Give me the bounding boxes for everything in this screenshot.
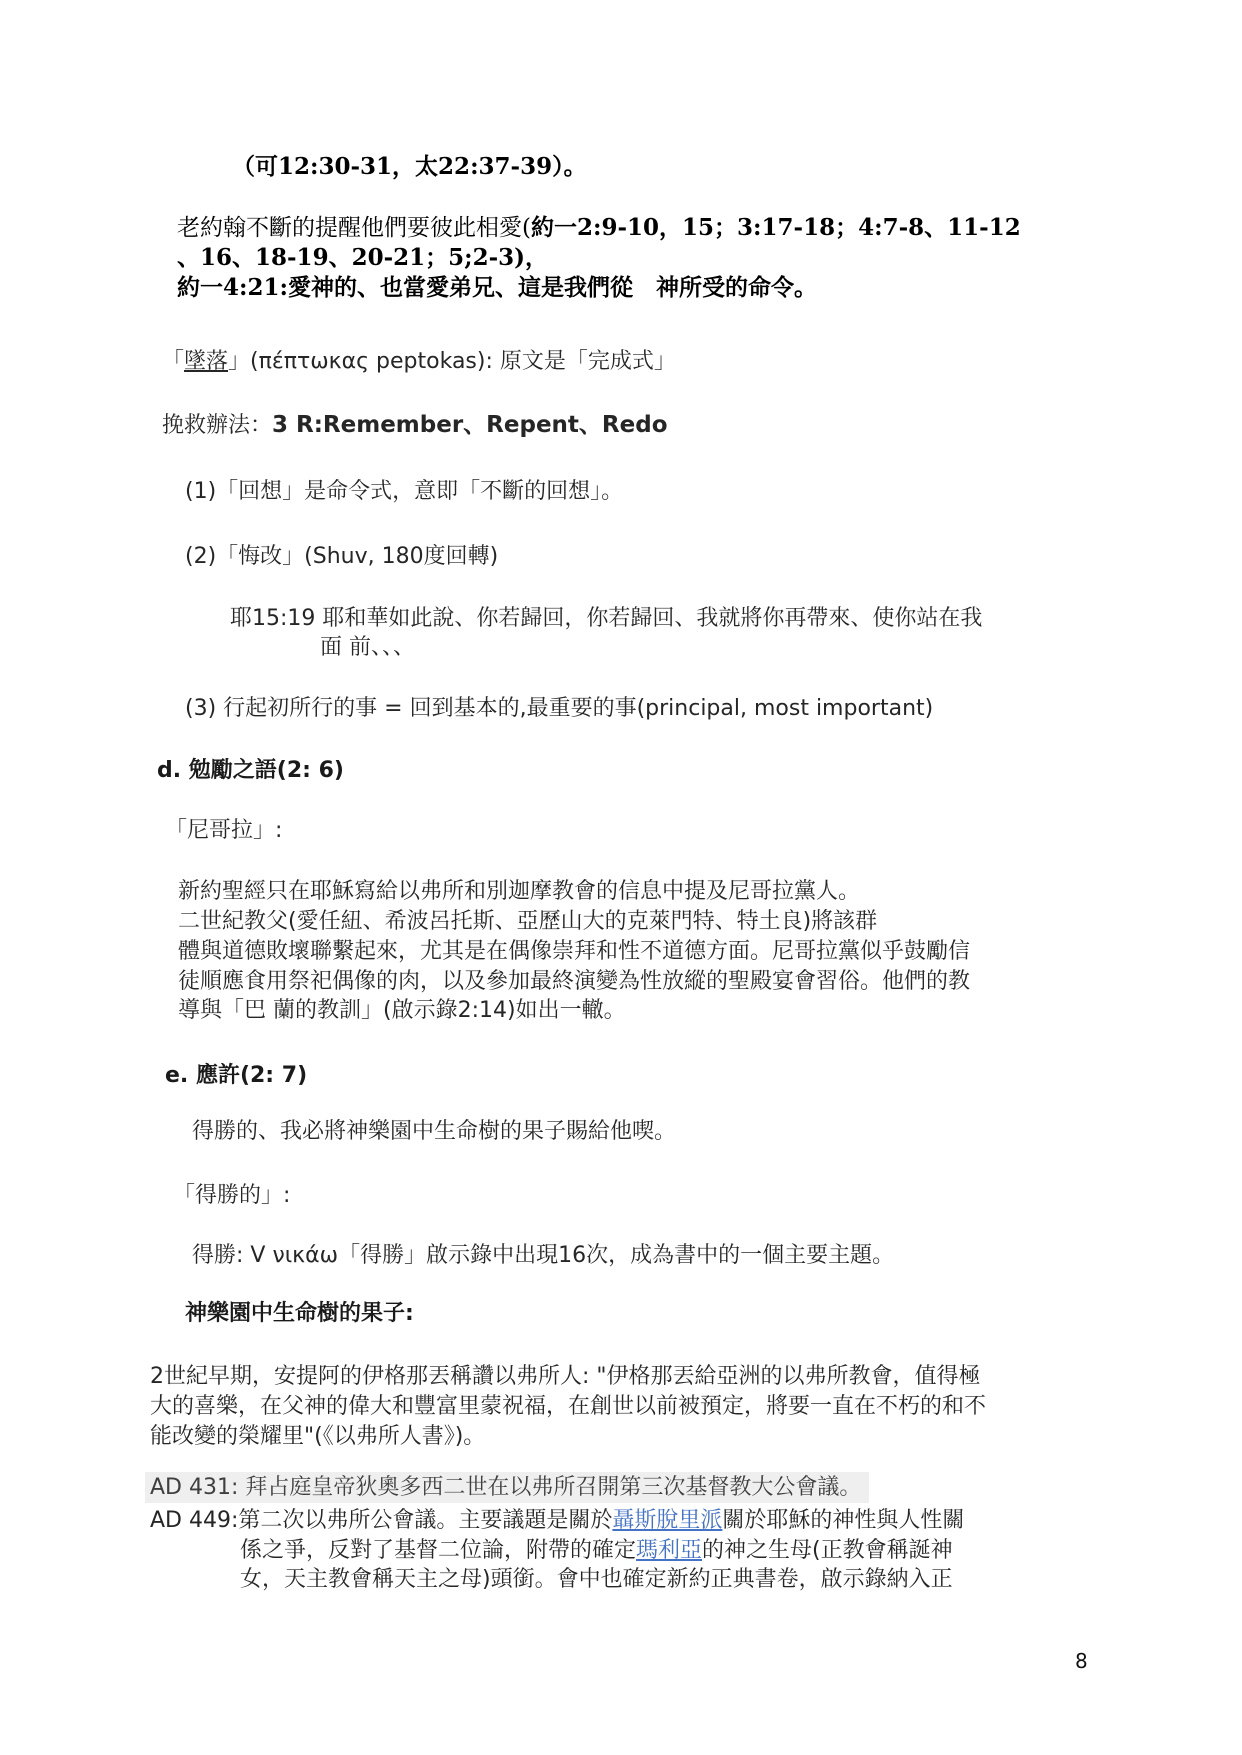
nicolaitans-paragraph-line: 體與道德敗壞聯繫起來，尤其是在偶像崇拜和性不道德方面。尼哥拉黨似乎鼓勵信 bbox=[178, 937, 970, 967]
ad449-council-line1: AD 449:第二次以弗所公會議。主要議題是關於聶斯脫里派關於耶穌的神性與人性關 bbox=[150, 1506, 964, 1536]
fallen-greek-note: 」(πέπτωκας peptokas): 原文是「完成式」 bbox=[228, 349, 676, 374]
remedy-label: 挽救辦法： bbox=[162, 413, 272, 438]
heading-e-promise: e. 應許(2: 7) bbox=[165, 1061, 307, 1091]
remedy-line: 挽救辦法：3 R:Remember、Repent、Redo bbox=[162, 410, 668, 441]
ignatius-paragraph-line: 2世紀早期，安提阿的伊格那丟稱讚以弗所人: "伊格那丟給亞洲的以弗所教會，值得極 bbox=[150, 1362, 981, 1392]
fallen-word: 墜落 bbox=[184, 349, 228, 374]
nicolaitans-paragraph-line: 導與「巴 蘭的教訓」(啟示錄2:14)如出一轍。 bbox=[178, 996, 626, 1026]
tree-of-life-heading: 神樂園中生命樹的果子: bbox=[185, 1299, 414, 1329]
fallen-open-bracket: 「 bbox=[162, 349, 184, 374]
point-2-repent: (2)「悔改」(Shuv, 180度回轉) bbox=[185, 542, 498, 572]
ad449-council-line3: 女，天主教會稱天主之母)頭銜。會中也確定新約正典書卷，啟示錄納入正 bbox=[240, 1565, 953, 1595]
nicolaitans-paragraph-line: 徒順應食用祭祀偶像的肉，以及參加最終演變為性放縱的聖殿宴會習俗。他們的教 bbox=[178, 967, 970, 997]
nestorian-link[interactable]: 聶斯脫里派 bbox=[612, 1508, 722, 1533]
remedy-three-r: 3 R:Remember、Repent、Redo bbox=[272, 412, 667, 438]
fallen-term-line: 「墜落」(πέπτωκας peptokas): 原文是「完成式」 bbox=[162, 347, 676, 377]
nicolaitans-label: 「尼哥拉」: bbox=[165, 816, 282, 846]
love-reminder-line1: 老約翰不斷的提醒他們要彼此相愛(約一2:9-10，15；3:17-18；4:7-… bbox=[177, 213, 1021, 243]
jeremiah-15-19-line2: 面 前、、、 bbox=[320, 633, 415, 663]
jeremiah-15-19-line1: 耶15:19 耶和華如此說、你若歸回，你若歸回、我就將你再帶來、使你站在我 bbox=[230, 604, 982, 634]
love-reminder-intro: 老約翰不斷的提醒他們要彼此相愛( bbox=[177, 215, 531, 241]
ad449-text-post: 關於耶穌的神性與人性關 bbox=[722, 1508, 964, 1533]
ad449-line2-post: 的神之生母(正教會稱誕神 bbox=[702, 1538, 953, 1563]
promise-quote: 得勝的、我必將神樂園中生命樹的果子賜給他喫。 bbox=[192, 1117, 676, 1147]
ad431-council-line: AD 431: 拜占庭皇帝狄奧多西二世在以弗所召開第三次基督教大公會議。 bbox=[145, 1473, 869, 1503]
page-number: 8 bbox=[1075, 1646, 1088, 1676]
mary-link[interactable]: 瑪利亞 bbox=[636, 1538, 702, 1563]
ad431-highlighted-text: AD 431: 拜占庭皇帝狄奧多西二世在以弗所召開第三次基督教大公會議。 bbox=[145, 1472, 869, 1503]
nicolaitans-paragraph-line: 新約聖經只在耶穌寫給以弗所和別迦摩教會的信息中提及尼哥拉黨人。 bbox=[178, 877, 860, 907]
ad449-text-pre: AD 449:第二次以弗所公會議。主要議題是關於 bbox=[150, 1508, 612, 1533]
victor-label: 「得勝的」: bbox=[173, 1181, 290, 1211]
point-1-remember: (1)「回想」是命令式，意即「不斷的回想」。 bbox=[185, 477, 623, 507]
victor-note: 得勝: V νικάω「得勝」啟示錄中出現16次，成為書中的一個主要主題。 bbox=[192, 1241, 894, 1271]
point-3-redo: (3) 行起初所行的事 = 回到基本的,最重要的事(principal, mos… bbox=[185, 694, 933, 724]
ad449-council-line2: 係之爭，反對了基督二位論，附帶的確定瑪利亞的神之生母(正教會稱誕神 bbox=[240, 1536, 953, 1566]
scripture-reference: （可12:30-31，太22:37-39）。 bbox=[232, 152, 587, 182]
ignatius-paragraph-line: 能改變的榮耀里"(《以弗所人書》)。 bbox=[150, 1422, 485, 1452]
nicolaitans-paragraph-line: 二世紀教父(愛任紐、希波呂托斯、亞歷山大的克萊門特、特土良)將該群 bbox=[178, 907, 877, 937]
love-reminder-refs1: 約一2:9-10，15；3:17-18；4:7-8、11-12 bbox=[531, 214, 1021, 241]
love-reminder-refs2: 、16、18-19、20-21；5;2-3)， bbox=[177, 243, 548, 273]
document-page: （可12:30-31，太22:37-39）。 老約翰不斷的提醒他們要彼此相愛(約… bbox=[0, 0, 1242, 1755]
heading-d-exhortation: d. 勉勵之語(2: 6) bbox=[157, 756, 344, 786]
ignatius-paragraph-line: 大的喜樂，在父神的偉大和豐富里蒙祝福，在創世以前被預定，將要一直在不朽的和不 bbox=[150, 1392, 986, 1422]
ad449-line2-pre: 係之爭，反對了基督二位論，附帶的確定 bbox=[240, 1538, 636, 1563]
john-4-21-quote: 約一4:21:愛神的、也當愛弟兄、這是我們從 神所受的命令。 bbox=[177, 273, 817, 303]
